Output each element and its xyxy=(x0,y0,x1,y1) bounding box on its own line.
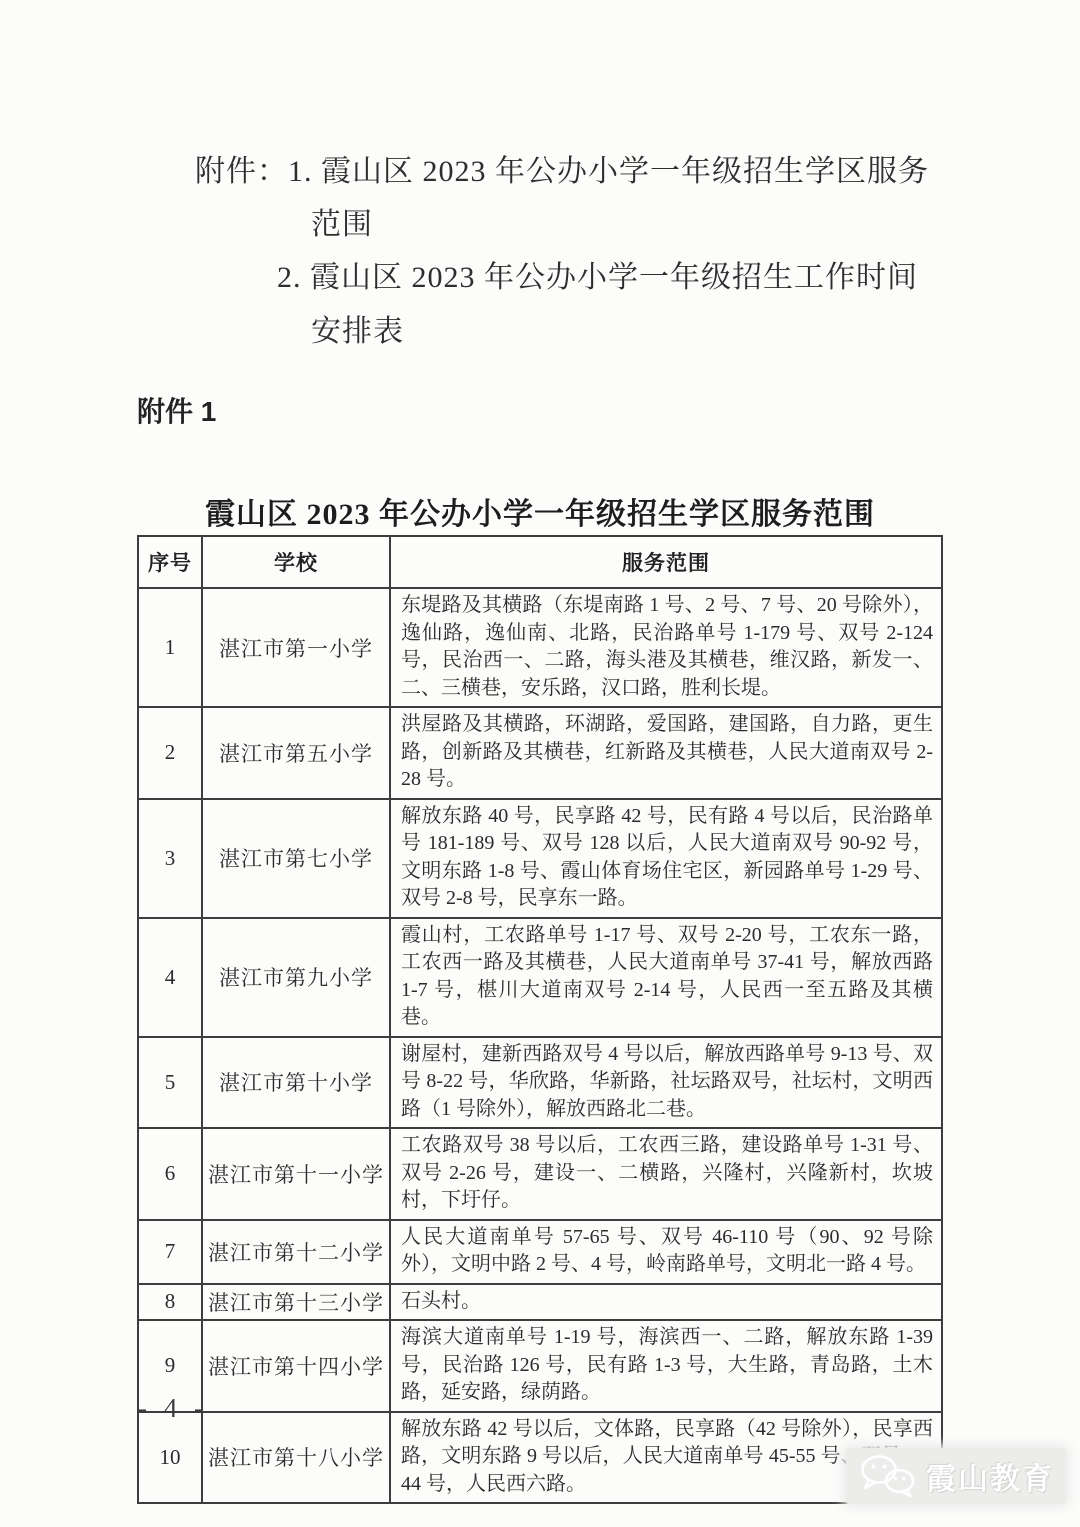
service-range: 洪屋路及其横路，环湖路，爱国路，建国路，自力路，更生路，创新路及其横巷，红新路及… xyxy=(390,707,942,799)
service-range: 人民大道南单号 57-65 号、双号 46-110 号（90、92 号除外），文… xyxy=(390,1220,942,1284)
table-row: 8 湛江市第十三小学 石头村。 xyxy=(138,1284,942,1321)
service-range: 工农路双号 38 号以后，工农西三路，建设路单号 1-31 号、双号 2-26 … xyxy=(390,1128,942,1220)
row-number: 6 xyxy=(138,1128,202,1220)
column-header-no: 序号 xyxy=(138,536,202,588)
annex-1-heading: 附件 1 xyxy=(137,390,216,430)
row-number: 10 xyxy=(138,1412,202,1504)
service-range: 谢屋村，建新西路双号 4 号以后，解放西路单号 9-13 号、双号 8-22 号… xyxy=(390,1037,942,1129)
school-name: 湛江市第九小学 xyxy=(202,918,390,1037)
table-row: 9 湛江市第十四小学 海滨大道南单号 1-19 号，海滨西一、二路，解放东路 1… xyxy=(138,1320,942,1412)
table-row: 1 湛江市第一小学 东堤路及其横路（东堤南路 1 号、2 号、7 号、20 号除… xyxy=(138,588,942,707)
row-number: 4 xyxy=(138,918,202,1037)
row-number: 2 xyxy=(138,707,202,799)
row-number: 8 xyxy=(138,1284,202,1321)
attachment-list-line-2: 范围 xyxy=(311,199,373,243)
school-name: 湛江市第一小学 xyxy=(202,588,390,707)
service-range: 霞山村，工农路单号 1-17 号、双号 2-20 号，工农东一路，工农西一路及其… xyxy=(390,918,942,1037)
service-range: 东堤路及其横路（东堤南路 1 号、2 号、7 号、20 号除外），逸仙路，逸仙南… xyxy=(390,588,942,707)
table-row: 3 湛江市第七小学 解放东路 40 号，民享路 42 号，民有路 4 号以后，民… xyxy=(138,799,942,918)
service-range: 解放东路 40 号，民享路 42 号，民有路 4 号以后，民治路单号 181-1… xyxy=(390,799,942,918)
watermark-text: 霞山教育 xyxy=(926,1454,1054,1498)
column-header-school: 学校 xyxy=(202,536,390,588)
school-name: 湛江市第五小学 xyxy=(202,707,390,799)
table-row: 10 湛江市第十八小学 解放东路 42 号以后，文体路，民享路（42 号除外），… xyxy=(138,1412,942,1504)
table-row: 2 湛江市第五小学 洪屋路及其横路，环湖路，爱国路，建国路，自力路，更生路，创新… xyxy=(138,707,942,799)
wechat-bubbles-icon xyxy=(856,1453,918,1499)
page-number: - 4 - xyxy=(138,1393,208,1424)
school-name: 湛江市第七小学 xyxy=(202,799,390,918)
watermark-badge: 霞山教育 xyxy=(846,1448,1066,1504)
school-name: 湛江市第十八小学 xyxy=(202,1412,390,1504)
school-name: 湛江市第十四小学 xyxy=(202,1320,390,1412)
row-number: 1 xyxy=(138,588,202,707)
attachment-list-line-3: 2. 霞山区 2023 年公办小学一年级招生工作时间 xyxy=(277,252,918,296)
row-number: 3 xyxy=(138,799,202,918)
attachment-list-line-4: 安排表 xyxy=(311,306,404,350)
school-name: 湛江市第十小学 xyxy=(202,1037,390,1129)
table-row: 5 湛江市第十小学 谢屋村，建新西路双号 4 号以后，解放西路单号 9-13 号… xyxy=(138,1037,942,1129)
attachment-list-line-1: 附件：1. 霞山区 2023 年公办小学一年级招生学区服务 xyxy=(195,146,929,190)
table-row: 7 湛江市第十二小学 人民大道南单号 57-65 号、双号 46-110 号（9… xyxy=(138,1220,942,1284)
document-page: 附件：1. 霞山区 2023 年公办小学一年级招生学区服务 范围 2. 霞山区 … xyxy=(0,0,1080,1527)
table-row: 6 湛江市第十一小学 工农路双号 38 号以后，工农西三路，建设路单号 1-31… xyxy=(138,1128,942,1220)
row-number: 7 xyxy=(138,1220,202,1284)
row-number: 5 xyxy=(138,1037,202,1129)
table-title: 霞山区 2023 年公办小学一年级招生学区服务范围 xyxy=(0,489,1080,533)
table-row: 4 湛江市第九小学 霞山村，工农路单号 1-17 号、双号 2-20 号，工农东… xyxy=(138,918,942,1037)
school-name: 湛江市第十一小学 xyxy=(202,1128,390,1220)
service-range: 石头村。 xyxy=(390,1284,942,1321)
school-name: 湛江市第十三小学 xyxy=(202,1284,390,1321)
service-range: 海滨大道南单号 1-19 号，海滨西一、二路，解放东路 1-39 号，民治路 1… xyxy=(390,1320,942,1412)
column-header-range: 服务范围 xyxy=(390,536,942,588)
school-name: 湛江市第十二小学 xyxy=(202,1220,390,1284)
service-range-table: 序号 学校 服务范围 1 湛江市第一小学 东堤路及其横路（东堤南路 1 号、2 … xyxy=(137,535,943,1504)
table-header-row: 序号 学校 服务范围 xyxy=(138,536,942,588)
